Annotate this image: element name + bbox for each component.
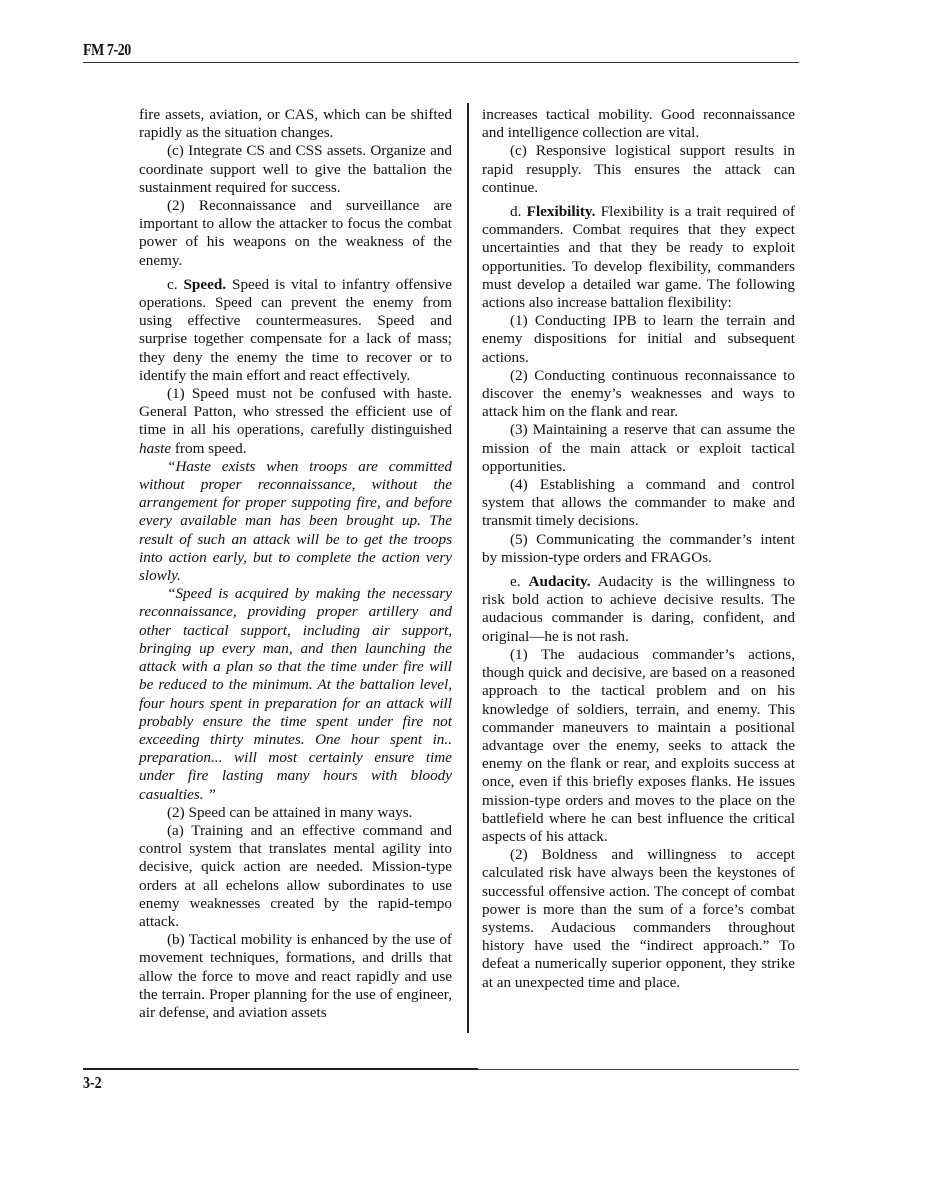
paragraph-text: (1) Speed must not be confused with hast… <box>139 385 452 438</box>
paragraph-integrate-cs-css: (c) Integrate CS and CSS assets. Organiz… <box>139 142 452 197</box>
section-flexibility: d. Flexibility. Flexibility is a trait r… <box>482 203 795 312</box>
paragraph-reconnaissance-surveillance: (2) Reconnaissance and surveillance are … <box>139 197 452 270</box>
paragraph-training: (a) Training and an effective command an… <box>139 822 452 931</box>
paragraph-continuation: increases tactical mobility. Good reconn… <box>482 106 795 142</box>
footer-rule-thin <box>478 1069 799 1070</box>
flexibility-item: (3) Maintaining a reserve that can assum… <box>482 421 795 476</box>
flexibility-item: (5) Communicating the commander’s intent… <box>482 531 795 567</box>
section-heading-speed: Speed. <box>183 276 226 293</box>
flexibility-item: (2) Conducting continuous reconnaissance… <box>482 367 795 422</box>
paragraph-speed-attained: (2) Speed can be attained in many ways. <box>139 804 452 822</box>
section-prefix: d. <box>510 203 527 220</box>
audacity-item: (1) The audacious commander’s actions, t… <box>482 646 795 846</box>
paragraph-continuation: fire assets, aviation, or CAS, which can… <box>139 106 452 142</box>
quote-speed: “Speed is acquired by making the necessa… <box>139 585 452 803</box>
paragraph-tactical-mobility: (b) Tactical mobility is enhanced by the… <box>139 931 452 1022</box>
flexibility-item: (4) Establishing a command and control s… <box>482 476 795 531</box>
flexibility-item: (1) Conducting IPB to learn the terrain … <box>482 312 795 367</box>
page-number: 3-2 <box>83 1073 102 1093</box>
section-heading-audacity: Audacity. <box>529 573 591 590</box>
right-column: increases tactical mobility. Good reconn… <box>482 106 795 992</box>
footer-rule-thick <box>83 1068 478 1070</box>
audacity-item: (2) Boldness and willingness to accept c… <box>482 846 795 992</box>
paragraph-speed-haste: (1) Speed must not be confused with hast… <box>139 385 452 458</box>
left-column: fire assets, aviation, or CAS, which can… <box>139 106 452 1022</box>
section-heading-flexibility: Flexibility. <box>527 203 596 220</box>
document-header-title: FM 7-20 <box>83 40 131 60</box>
section-prefix: c. <box>167 276 183 293</box>
section-audacity: e. Audacity. Audacity is the willingness… <box>482 573 795 646</box>
emphasis-haste: haste <box>139 440 171 457</box>
section-prefix: e. <box>510 573 529 590</box>
paragraph-text-tail: from speed. <box>171 440 247 457</box>
header-rule <box>83 62 799 63</box>
quote-haste: “Haste exists when troops are committed … <box>139 458 452 585</box>
paragraph-logistical-support: (c) Responsive logistical support result… <box>482 142 795 197</box>
section-speed: c. Speed. Speed is vital to infantry off… <box>139 276 452 385</box>
column-divider <box>467 103 469 1033</box>
